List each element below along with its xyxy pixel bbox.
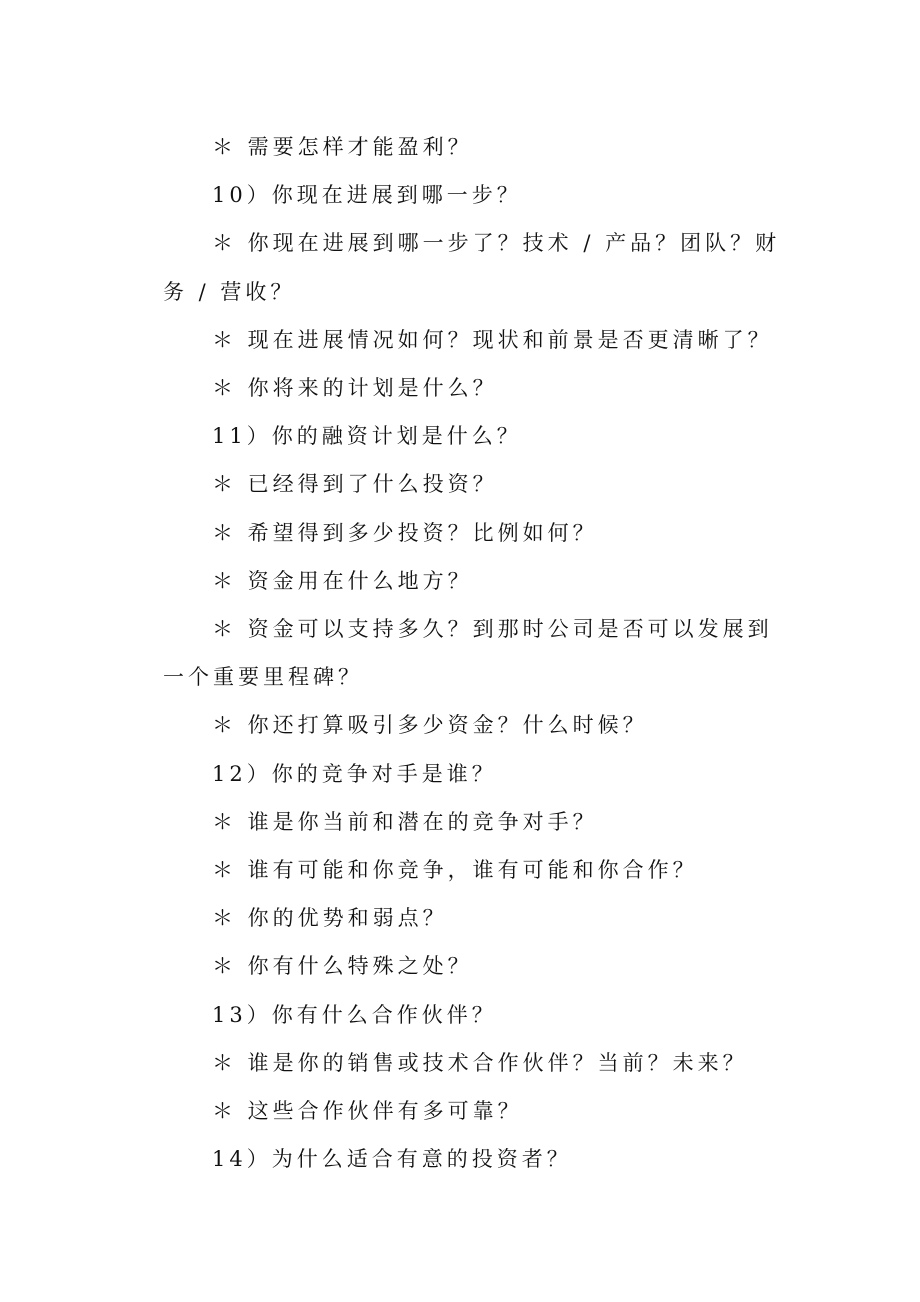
- paragraph-line: ＊ 你将来的计划是什么？: [212, 374, 498, 402]
- paragraph-line: 12）你的竞争对手是谁？: [212, 760, 497, 788]
- paragraph-line: ＊ 需要怎样才能盈利？: [212, 133, 473, 161]
- paragraph-continuation-line: 一个重要里程碑？: [163, 663, 363, 691]
- paragraph-line: ＊ 这些合作伙伴有多可靠？: [212, 1097, 523, 1125]
- paragraph-line: ＊ 希望得到多少投资？比例如何？: [212, 519, 598, 547]
- document-page: ＊ 需要怎样才能盈利？10）你现在进展到哪一步？＊ 你现在进展到哪一步了？技术 …: [0, 0, 920, 1302]
- paragraph-line: ＊ 现在进展情况如何？现状和前景是否更清晰了？: [212, 326, 773, 354]
- paragraph-line: 13）你有什么合作伙伴？: [212, 1001, 497, 1029]
- paragraph-line: ＊ 资金可以支持多久？到那时公司是否可以发展到: [212, 615, 773, 643]
- paragraph-line: 11）你的融资计划是什么？: [212, 422, 522, 450]
- paragraph-line: ＊ 谁是你当前和潜在的竞争对手？: [212, 808, 598, 836]
- paragraph-line: ＊ 你现在进展到哪一步了？技术 / 产品？团队？财: [212, 229, 780, 257]
- paragraph-line: ＊ 已经得到了什么投资？: [212, 470, 498, 498]
- paragraph-line: ＊ 谁有可能和你竞争，谁有可能和你合作？: [212, 856, 698, 884]
- paragraph-line: ＊ 谁是你的销售或技术合作伙伴？当前？未来？: [212, 1049, 748, 1077]
- paragraph-line: ＊ 你还打算吸引多少资金？什么时候？: [212, 711, 648, 739]
- paragraph-continuation-line: 务 / 营收？: [163, 278, 295, 306]
- paragraph-line: ＊ 资金用在什么地方？: [212, 567, 473, 595]
- paragraph-line: 14）为什么适合有意的投资者？: [212, 1145, 572, 1173]
- paragraph-line: ＊ 你有什么特殊之处？: [212, 952, 473, 980]
- paragraph-line: 10）你现在进展到哪一步？: [212, 181, 522, 209]
- paragraph-line: ＊ 你的优势和弱点？: [212, 904, 448, 932]
